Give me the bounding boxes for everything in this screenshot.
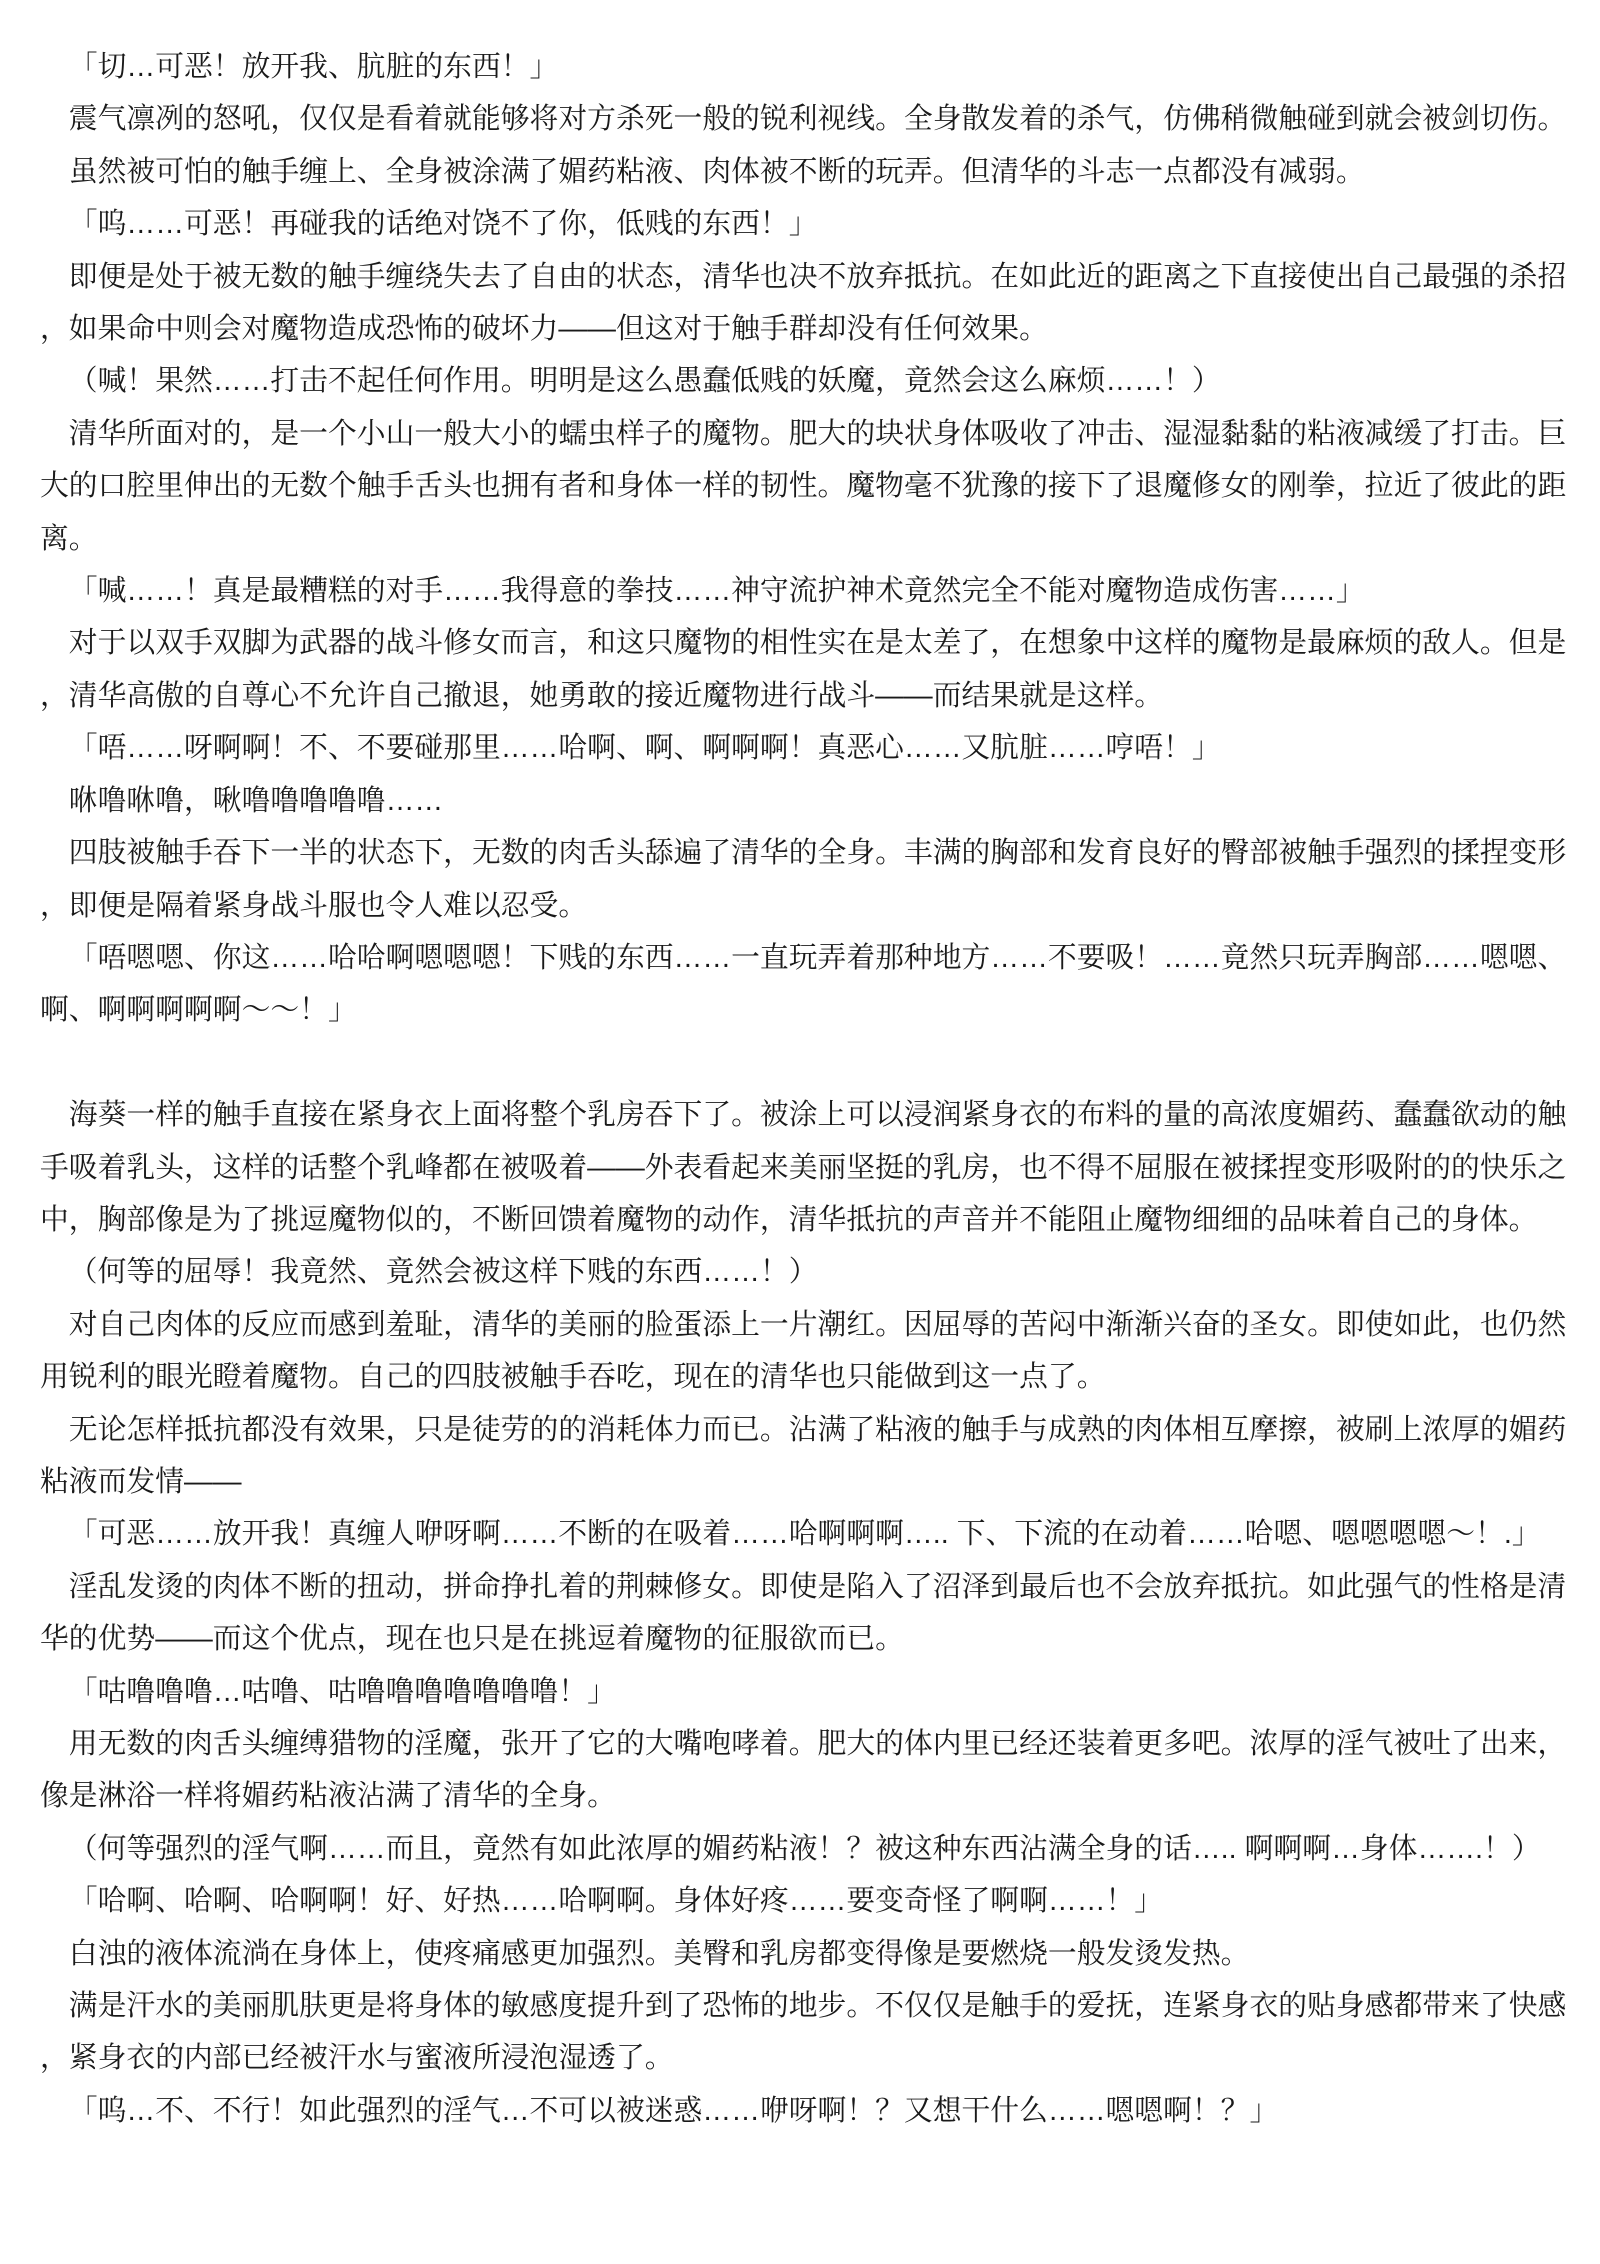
paragraph: 白浊的液体流淌在身体上，使疼痛感更加强烈。美臀和乳房都变得像是要燃烧一般发烫发热… (40, 1928, 1572, 1980)
paragraph: 清华所面对的，是一个小山一般大小的蠕虫样子的魔物。肥大的块状身体吸收了冲击、湿湿… (40, 408, 1572, 565)
paragraph: 「切…可恶！放开我、肮脏的东西！」 (40, 41, 1572, 93)
paragraph: 四肢被触手吞下一半的状态下，无数的肉舌头舔遍了清华的全身。丰满的胸部和发育良好的… (40, 827, 1572, 932)
paragraph: （喊！果然……打击不起任何作用。明明是这么愚蠢低贱的妖魔，竟然会这么麻烦……！） (40, 355, 1572, 407)
paragraph: 对于以双手双脚为武器的战斗修女而言，和这只魔物的相性实在是太差了，在想象中这样的… (40, 617, 1572, 722)
paragraph: 海葵一样的触手直接在紧身衣上面将整个乳房吞下了。被涂上可以浸润紧身衣的布料的量的… (40, 1089, 1572, 1246)
paragraph: 「哈啊、哈啊、哈啊啊！好、好热……哈啊啊。身体好疼……要变奇怪了啊啊……！」 (40, 1875, 1572, 1927)
paragraph: 用无数的肉舌头缠缚猎物的淫魔，张开了它的大嘴咆哮着。肥大的体内里已经还装着更多吧… (40, 1718, 1572, 1823)
paragraph: 「唔……呀啊啊！不、不要碰那里……哈啊、啊、啊啊啊！真恶心……又肮脏……哼唔！」 (40, 722, 1572, 774)
paragraph: 无论怎样抵抗都没有效果，只是徒劳的的消耗体力而已。沾满了粘液的触手与成熟的肉体相… (40, 1404, 1572, 1509)
paragraph: （何等的屈辱！我竟然、竟然会被这样下贱的东西……！） (40, 1246, 1572, 1298)
paragraph: 「呜……可恶！再碰我的话绝对饶不了你，低贱的东西！」 (40, 198, 1572, 250)
paragraph: 「呜…不、不行！如此强烈的淫气…不可以被迷惑……咿呀啊！？又想干什么……嗯嗯啊！… (40, 2085, 1572, 2137)
paragraph: 即便是处于被无数的触手缠绕失去了自由的状态，清华也决不放弃抵抗。在如此近的距离之… (40, 251, 1572, 356)
paragraph: 「唔嗯嗯、你这……哈哈啊嗯嗯嗯！下贱的东西……一直玩弄着那种地方……不要吸！……… (40, 932, 1572, 1037)
paragraph: 震气凛冽的怒吼，仅仅是看着就能够将对方杀死一般的锐利视线。全身散发着的杀气，仿佛… (40, 93, 1572, 145)
paragraph: 对自己肉体的反应而感到羞耻，清华的美丽的脸蛋添上一片潮红。因屈辱的苦闷中渐渐兴奋… (40, 1299, 1572, 1404)
paragraph: 咻噜咻噜，啾噜噜噜噜噜…… (40, 775, 1572, 827)
paragraph: 「可恶……放开我！真缠人咿呀啊……不断的在吸着……哈啊啊啊….. 下、下流的在动… (40, 1508, 1572, 1560)
paragraph: 满是汗水的美丽肌肤更是将身体的敏感度提升到了恐怖的地步。不仅仅是触手的爱抚，连紧… (40, 1980, 1572, 2085)
text-content: 「切…可恶！放开我、肮脏的东西！」震气凛冽的怒吼，仅仅是看着就能够将对方杀死一般… (40, 41, 1572, 2137)
paragraph: 虽然被可怕的触手缠上、全身被涂满了媚药粘液、肉体被不断的玩弄。但清华的斗志一点都… (40, 146, 1572, 198)
paragraph: 「喊……！真是最糟糕的对手……我得意的拳技……神守流护神术竟然完全不能对魔物造成… (40, 565, 1572, 617)
paragraph: （何等强烈的淫气啊……而且，竟然有如此浓厚的媚药粘液！？被这种东西沾满全身的话…… (40, 1823, 1572, 1875)
paragraph: 「咕噜噜噜…咕噜、咕噜噜噜噜噜噜噜！」 (40, 1666, 1572, 1718)
paragraph: 淫乱发烫的肉体不断的扭动，拼命挣扎着的荆棘修女。即使是陷入了沼泽到最后也不会放弃… (40, 1561, 1572, 1666)
novel-page: 「切…可恶！放开我、肮脏的东西！」震气凛冽的怒吼，仅仅是看着就能够将对方杀死一般… (0, 0, 1600, 2264)
